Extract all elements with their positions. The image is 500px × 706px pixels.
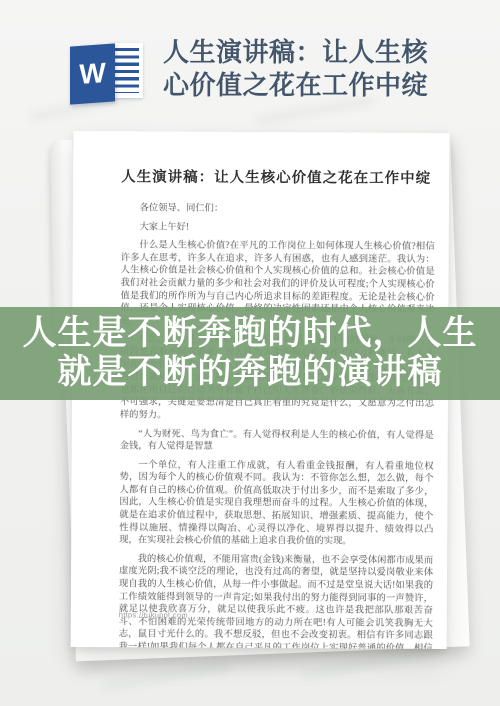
banner-line2: 就是不断的奔跑的演讲稿 — [0, 353, 500, 392]
word-icon-text-lines — [114, 48, 139, 93]
header: W 人生演讲稿：让人生核心价值之花在工作中绽 — [0, 0, 500, 112]
banner-line1: 人生是不断奔跑的时代，人生 — [0, 314, 500, 353]
document-body: 各位领导、同仁们： 大家上午好! 什么是人生核心价值?在平凡的工作岗位上如何体现… — [119, 202, 435, 649]
word-icon-letter: W — [79, 59, 105, 89]
background-smudge — [100, 662, 230, 692]
header-title: 人生演讲稿：让人生核心价值之花在工作中绽 — [163, 36, 435, 102]
document-title: 人生演讲稿：让人生核心价值之花在工作中绽 — [121, 167, 435, 189]
greeting-line: 各位领导、同仁们： — [121, 202, 435, 216]
salutation-line: 大家上午好! — [121, 221, 435, 235]
paragraph: 一个单位，有人注重工作成就，有人看重金钱报酬，有人看重地位权势，因为每个人的核心… — [119, 459, 433, 549]
word-icon: W — [70, 42, 144, 108]
title-banner: 人生是不断奔跑的时代，人生 就是不断的奔跑的演讲稿 — [0, 307, 500, 400]
doc-preview-card: W 人生演讲稿：让人生核心价值之花在工作中绽 人生演讲稿：让人生核心价值之花在工… — [0, 0, 500, 706]
word-icon-panel: W — [70, 43, 115, 104]
source-url[interactable]: https://tukuppt.com — [119, 610, 188, 619]
paragraph: 我的核心价值观，不能用富贵(金钱)来衡量，也不会享受体闲都市成果而虚度光阴;我不… — [119, 553, 434, 649]
paragraph: “人为财死、鸟为食亡”。有人觉得权利是人生的核心价值，有人觉得是金钱，有人觉得是… — [120, 428, 434, 455]
document-content: 人生演讲稿：让人生核心价值之花在工作中绽 各位领导、同仁们： 大家上午好! 什么… — [119, 167, 436, 649]
